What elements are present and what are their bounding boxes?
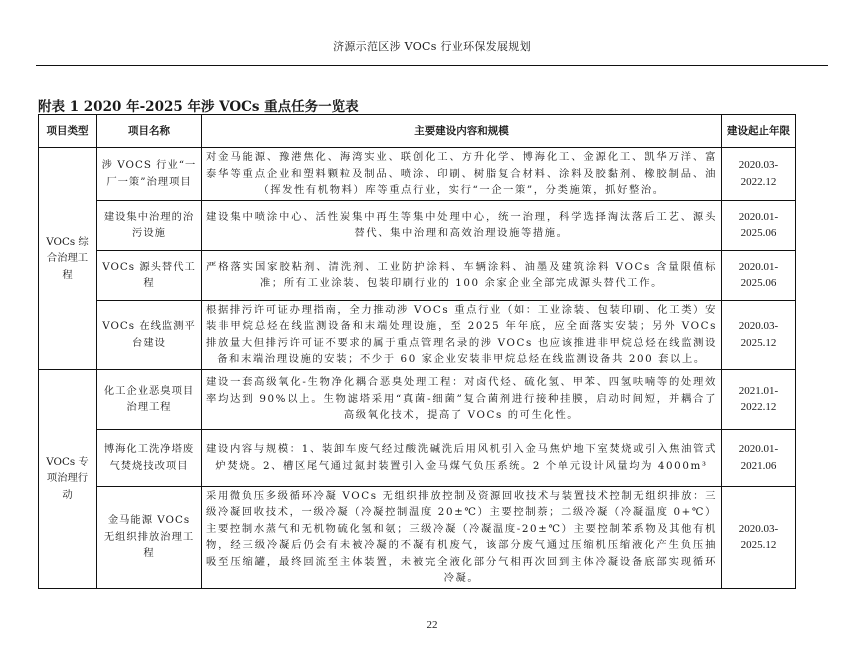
- project-period-cell: 2021.01-2022.12: [722, 369, 796, 429]
- table-row: 金马能源 VOCs 无组织排放治理工程 采用微负压多级循环冷凝 VOCs 无组织…: [39, 486, 796, 588]
- column-header-content: 主要建设内容和规模: [202, 115, 722, 148]
- project-content-cell: 建设内容与规模：1、装卸车废气经过酸洗碱洗后用风机引入金马焦炉地下室焚烧或引入焦…: [202, 429, 722, 486]
- project-name-cell: 金马能源 VOCs 无组织排放治理工程: [97, 486, 202, 588]
- page-number: 22: [0, 619, 864, 631]
- project-content-cell: 根据排污许可证办理指南，全力推动涉 VOCs 重点行业（如：工业涂装、包装印刷、…: [202, 300, 722, 369]
- project-period-cell: 2020.01-2025.06: [722, 250, 796, 300]
- key-tasks-table: 项目类型 项目名称 主要建设内容和规模 建设起止年限 VOCs 综合治理工程 涉…: [38, 114, 796, 589]
- table-row: VOCs 专项治理行动 化工企业恶臭项目治理工程 建设一套高级氧化-生物净化耦合…: [39, 369, 796, 429]
- project-type-cell: VOCs 专项治理行动: [39, 369, 97, 588]
- project-type-cell: VOCs 综合治理工程: [39, 148, 97, 370]
- project-name-cell: 博海化工洗净塔废气焚烧技改项目: [97, 429, 202, 486]
- project-period-cell: 2020.01-2021.06: [722, 429, 796, 486]
- project-period-cell: 2020.03-2025.12: [722, 486, 796, 588]
- table-caption: 附表 1 2020 年-2025 年涉 VOCs 重点任务一览表: [38, 95, 359, 115]
- document-header-title: 济源示范区涉 VOCs 行业环保发展规划: [0, 38, 864, 54]
- table-row: VOCs 在线监测平台建设 根据排污许可证办理指南，全力推动涉 VOCs 重点行…: [39, 300, 796, 369]
- table-header-row: 项目类型 项目名称 主要建设内容和规模 建设起止年限: [39, 115, 796, 148]
- project-name-cell: VOCs 在线监测平台建设: [97, 300, 202, 369]
- project-period-cell: 2020.03-2025.12: [722, 300, 796, 369]
- project-content-cell: 对金马能源、豫港焦化、海湾实业、联创化工、方升化学、博海化工、金源化工、凯华万洋…: [202, 148, 722, 201]
- table-row: 建设集中治理的治污设施 建设集中喷涂中心、活性炭集中再生等集中处理中心，统一治理…: [39, 200, 796, 250]
- project-content-cell: 建设一套高级氧化-生物净化耦合恶臭处理工程：对卤代烃、硫化氢、甲苯、四氢呋喃等的…: [202, 369, 722, 429]
- project-content-cell: 建设集中喷涂中心、活性炭集中再生等集中处理中心，统一治理，科学选择淘汰落后工艺、…: [202, 200, 722, 250]
- column-header-type: 项目类型: [39, 115, 97, 148]
- project-name-cell: 化工企业恶臭项目治理工程: [97, 369, 202, 429]
- project-content-cell: 采用微负压多级循环冷凝 VOCs 无组织排放控制及资源回收技术与装置技术控制无组…: [202, 486, 722, 588]
- table-row: 博海化工洗净塔废气焚烧技改项目 建设内容与规模：1、装卸车废气经过酸洗碱洗后用风…: [39, 429, 796, 486]
- project-period-cell: 2020.03-2022.12: [722, 148, 796, 201]
- table-row: VOCs 源头替代工程 严格落实国家胶粘剂、清洗剂、工业防护涂料、车辆涂料、油墨…: [39, 250, 796, 300]
- project-name-cell: 涉 VOCS 行业“一厂一策”治理项目: [97, 148, 202, 201]
- column-header-period: 建设起止年限: [722, 115, 796, 148]
- table-row: VOCs 综合治理工程 涉 VOCS 行业“一厂一策”治理项目 对金马能源、豫港…: [39, 148, 796, 201]
- header-divider: [36, 65, 828, 66]
- project-content-cell: 严格落实国家胶粘剂、清洗剂、工业防护涂料、车辆涂料、油墨及建筑涂料 VOCs 含…: [202, 250, 722, 300]
- project-name-cell: 建设集中治理的治污设施: [97, 200, 202, 250]
- project-name-cell: VOCs 源头替代工程: [97, 250, 202, 300]
- column-header-name: 项目名称: [97, 115, 202, 148]
- project-period-cell: 2020.01-2025.06: [722, 200, 796, 250]
